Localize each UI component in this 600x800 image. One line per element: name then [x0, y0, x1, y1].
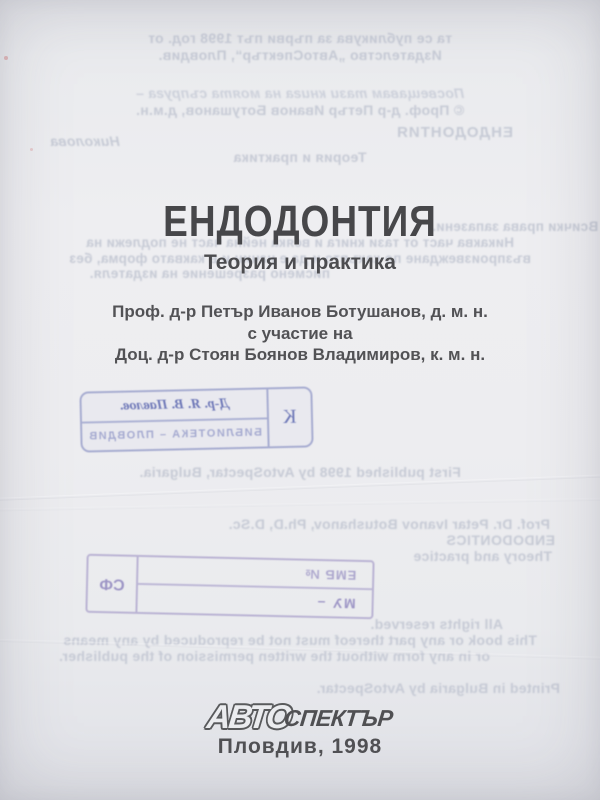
imprint-city-year: Пловдив, 1998: [0, 735, 600, 759]
bleed-english-line-7: or in any form without the written permi…: [0, 648, 600, 664]
bleed-top-line-1: та се публикува за първи път 1998 год. о…: [0, 30, 600, 46]
bleed-top-line-2: Издателство „АвтоСпектър“, Пловдив.: [0, 47, 600, 63]
paper-crease: [0, 497, 600, 512]
university-stamp: МУ – ЕМБ № СФ: [85, 554, 374, 620]
bleed-mirrored-subtitle: Теория и практика: [0, 149, 600, 165]
publisher-logo-outline-text: АВТО: [205, 698, 292, 736]
bleed-copyright-line: © Проф. д-р Петър Иванов Ботушанов, д.м.…: [0, 102, 600, 118]
university-stamp-bottom-row: ЕМБ №: [138, 557, 373, 589]
bleed-english-line-8: Printed in Bulgaria by AvtoSpectar.: [0, 680, 600, 696]
author-line-main: Проф. д-р Петър Иванов Ботушанов, д. м. …: [0, 301, 600, 323]
university-stamp-body: МУ – ЕМБ №: [137, 557, 372, 617]
library-stamp-top-row: Д-р. Я. В. Павлов.: [81, 389, 267, 423]
publisher-logo: АВТО СПЕКТЪР: [0, 698, 600, 736]
paper-speck: [4, 56, 8, 60]
bleed-english-line-2: Prof. Dr. Petar Ivanov Botushanov, Ph.D,…: [0, 516, 600, 532]
bleed-name-line: Николова: [0, 133, 600, 149]
library-stamp-compartment: К: [266, 388, 311, 446]
author-block: Проф. д-р Петър Иванов Ботушанов, д. м. …: [0, 301, 600, 366]
library-stamp: К Д-р. Я. В. Павлов. БИБЛИОТЕКА – ПЛОВДИ…: [79, 386, 313, 452]
bleed-english-line-1: First published 1998 by AvtoSpectar, Bul…: [0, 464, 600, 480]
book-subtitle: Теория и практика: [0, 251, 600, 275]
author-line-coauthor: Доц. д-р Стоян Боянов Владимиров, к. м. …: [0, 344, 600, 366]
bleed-english-line-3: ENDODONTICS: [0, 532, 600, 548]
publisher-logo-solid-text: СПЕКТЪР: [283, 705, 394, 732]
library-stamp-body: Д-р. Я. В. Павлов. БИБЛИОТЕКА – ПЛОВДИВ: [81, 389, 267, 450]
bleed-english-line-5: All rights reserved.: [0, 616, 600, 632]
university-stamp-compartment: СФ: [87, 556, 138, 612]
library-stamp-bottom-row: БИБЛИОТЕКА – ПЛОВДИВ: [82, 419, 268, 451]
book-title: ЕНДОДОНТИЯ: [0, 197, 600, 247]
bleed-english-line-6: This book or any part thereof must not b…: [0, 632, 600, 648]
university-stamp-top-row: МУ –: [137, 583, 372, 617]
bleed-dedication-line: Посвещавам тази книга на моята съпруга –: [0, 85, 600, 101]
author-line-with: с участие на: [0, 323, 600, 345]
paper-speck: [30, 148, 33, 151]
